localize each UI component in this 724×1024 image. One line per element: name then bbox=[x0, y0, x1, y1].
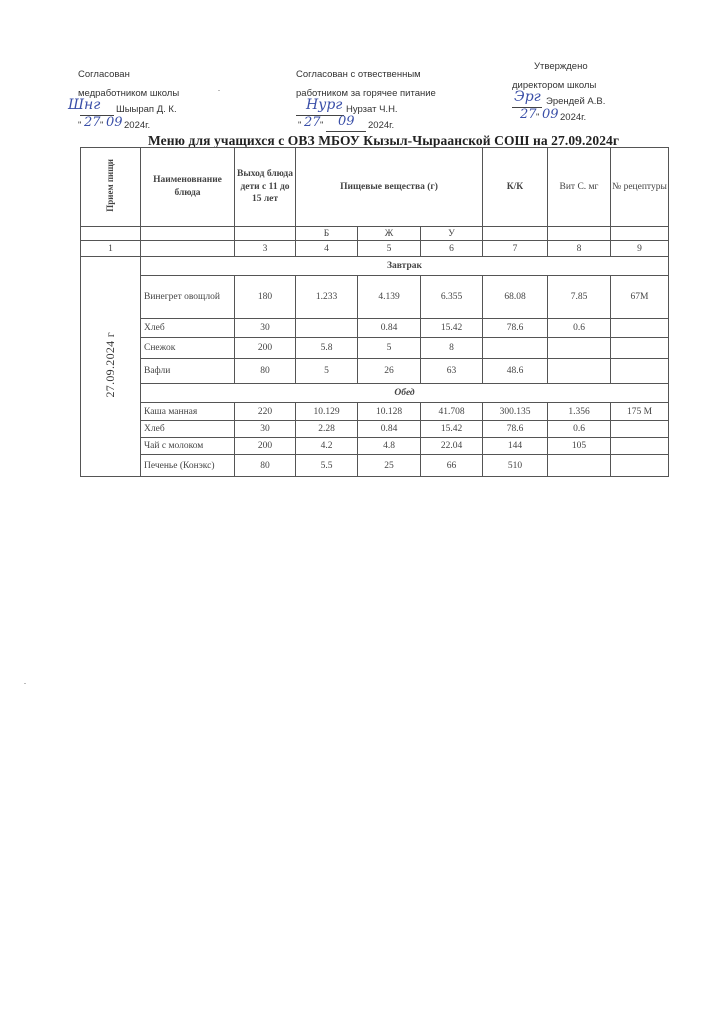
signature: Эрг bbox=[514, 90, 541, 104]
date-quote-open: " bbox=[298, 121, 301, 131]
date-day: 27 bbox=[84, 116, 101, 129]
date-day: 27 bbox=[520, 108, 537, 121]
date-day: 27 bbox=[304, 116, 321, 129]
table-row: Вафли 80 5 26 63 48.6 bbox=[81, 359, 669, 384]
section-title: Завтрак bbox=[141, 257, 669, 276]
date-year: 2024г. bbox=[560, 113, 586, 123]
header-carbs: У bbox=[421, 227, 483, 241]
month-line bbox=[326, 131, 366, 132]
header-protein: Б bbox=[296, 227, 358, 241]
table-row: Печенье (Конэкс) 80 5.5 25 66 510 bbox=[81, 455, 669, 477]
signer-name: Эрендей А.В. bbox=[546, 97, 605, 107]
header-kcal: К/К bbox=[483, 148, 548, 227]
date-month: 09 bbox=[542, 108, 559, 121]
nutrient-letters-row: Б Ж У bbox=[81, 227, 669, 241]
approval-director: Утверждено директором школы Эрг Эрендей … bbox=[512, 62, 692, 140]
header-vitc: Вит С. мг bbox=[548, 148, 611, 227]
date-year: 2024г. bbox=[368, 121, 394, 131]
date-cell: 27.09.2024 г bbox=[81, 257, 141, 477]
scan-speck bbox=[24, 683, 26, 684]
signature: Шнг bbox=[68, 98, 100, 112]
column-number-row: 1 3 4 5 6 7 8 9 bbox=[81, 241, 669, 257]
date-month: 09 bbox=[338, 115, 355, 128]
signer-name: Шыырап Д. К. bbox=[116, 105, 177, 115]
section-title: Обед bbox=[141, 384, 669, 403]
table-row: Каша манная 220 10.129 10.128 41.708 300… bbox=[81, 403, 669, 421]
table-row: Чай с молоком 200 4.2 4.8 22.04 144 105 bbox=[81, 438, 669, 455]
date-quote-close: " bbox=[536, 113, 539, 123]
header-fat: Ж bbox=[358, 227, 421, 241]
header-row: Прием пищи Наименовнание блюда Выход блю… bbox=[81, 148, 669, 227]
table-row: Винегрет овощлой 180 1.233 4.139 6.355 6… bbox=[81, 276, 669, 319]
table-row: Хлеб 30 2.28 0.84 15.42 78.6 0.6 bbox=[81, 421, 669, 438]
date-year: 2024г. bbox=[124, 121, 150, 131]
date-quote-open: " bbox=[78, 121, 81, 131]
approval-medic: Согласован медработником школы Шнг Шыыра… bbox=[78, 70, 278, 140]
date-quote-close: " bbox=[320, 121, 323, 131]
signature: Нург bbox=[306, 98, 342, 112]
scan-speck bbox=[218, 90, 220, 91]
header-dish: Наименовнание блюда bbox=[141, 148, 235, 227]
menu-table: Прием пищи Наименовнание блюда Выход блю… bbox=[80, 147, 669, 477]
section-row-lunch: Обед bbox=[81, 384, 669, 403]
approval-line1: Согласован bbox=[78, 70, 130, 80]
header-portion: Выход блюда дети с 11 до 15 лет bbox=[235, 148, 296, 227]
date-month: 09 bbox=[106, 116, 123, 129]
approval-line1: Утверждено bbox=[534, 62, 588, 72]
header-recipe: № рецептуры bbox=[611, 148, 669, 227]
table-row: Хлеб 30 0.84 15.42 78.6 0.6 bbox=[81, 319, 669, 338]
section-row-breakfast: 27.09.2024 г Завтрак bbox=[81, 257, 669, 276]
header-nutrients: Пищевые вещества (г) bbox=[296, 148, 483, 227]
table-row: Снежок 200 5.8 5 8 bbox=[81, 338, 669, 359]
approval-line1: Согласован с отвественным bbox=[296, 70, 421, 80]
date-quote-close: " bbox=[100, 121, 103, 131]
approval-food-responsible: Согласован с отвественным работником за … bbox=[296, 70, 516, 140]
header-meal: Прием пищи bbox=[81, 148, 141, 227]
